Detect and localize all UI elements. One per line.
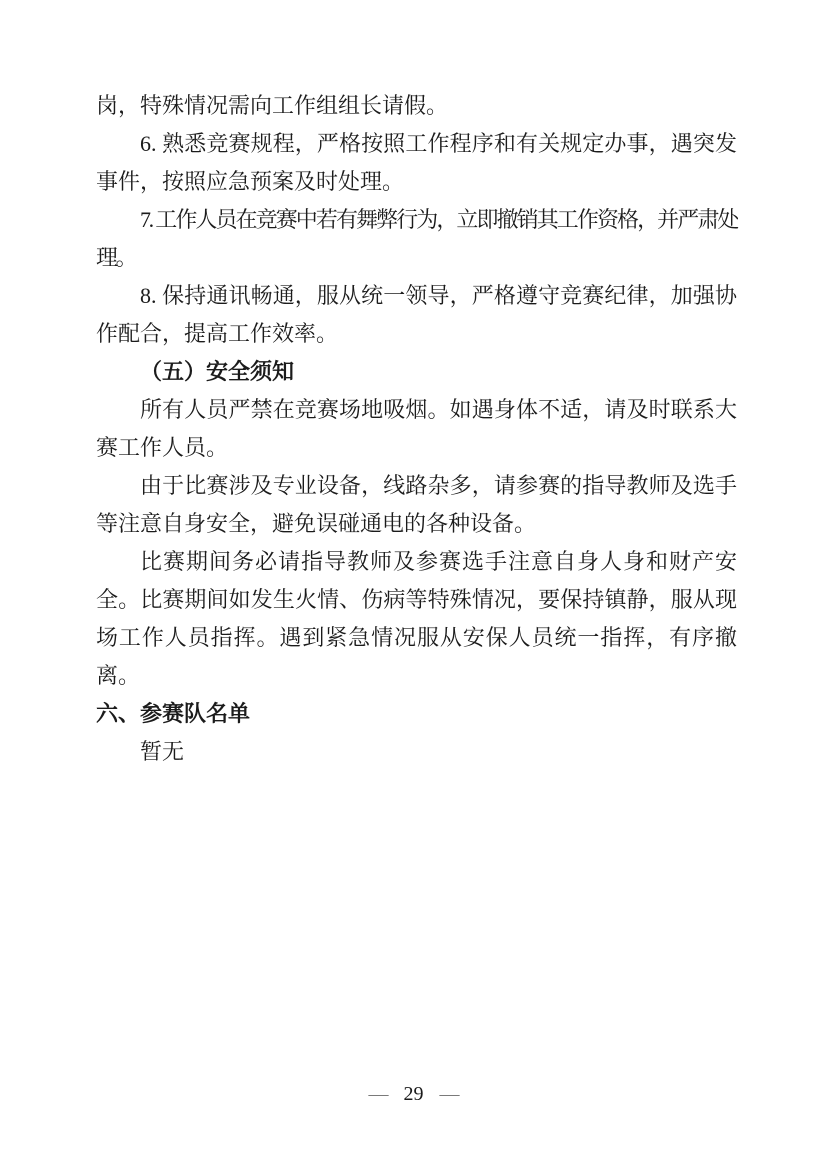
paragraph-team-list-none: 暂无 — [96, 733, 737, 771]
paragraph-no-smoking: 所有人员严禁在竞赛场地吸烟。如遇身体不适，请及时联系大赛工作人员。 — [96, 391, 737, 467]
list-item-8-communication: 8. 保持通讯畅通，服从统一领导，严格遵守竞赛纪律，加强协作配合，提高工作效率。 — [96, 277, 737, 353]
document-body: 岗，特殊情况需向工作组组长请假。 6. 熟悉竞赛规程，严格按照工作程序和有关规定… — [96, 87, 737, 771]
list-item-6-rules: 6. 熟悉竞赛规程，严格按照工作程序和有关规定办事，遇突发事件，按照应急预案及时… — [96, 125, 737, 201]
section-heading-safety-notes: （五）安全须知 — [96, 353, 737, 391]
footer-left-dash: — — [369, 1083, 388, 1105]
page-number: 29 — [404, 1083, 424, 1105]
section-heading-team-list: 六、参赛队名单 — [96, 695, 737, 733]
paragraph-personal-safety: 比赛期间务必请指导教师及参赛选手注意自身人身和财产安全。比赛期间如发生火情、伤病… — [96, 543, 737, 695]
paragraph-continuation-duty: 岗，特殊情况需向工作组组长请假。 — [96, 87, 737, 125]
document-page: 岗，特殊情况需向工作组组长请假。 6. 熟悉竞赛规程，严格按照工作程序和有关规定… — [0, 0, 827, 1169]
paragraph-equipment-safety: 由于比赛涉及专业设备，线路杂多，请参赛的指导教师及选手等注意自身安全，避免误碰通… — [96, 467, 737, 543]
list-item-7-cheating: 7. 工作人员在竞赛中若有舞弊行为，立即撤销其工作资格，并严肃处理。 — [96, 201, 737, 277]
footer-right-dash: — — [440, 1083, 459, 1105]
page-footer: —29— — [0, 1080, 827, 1108]
